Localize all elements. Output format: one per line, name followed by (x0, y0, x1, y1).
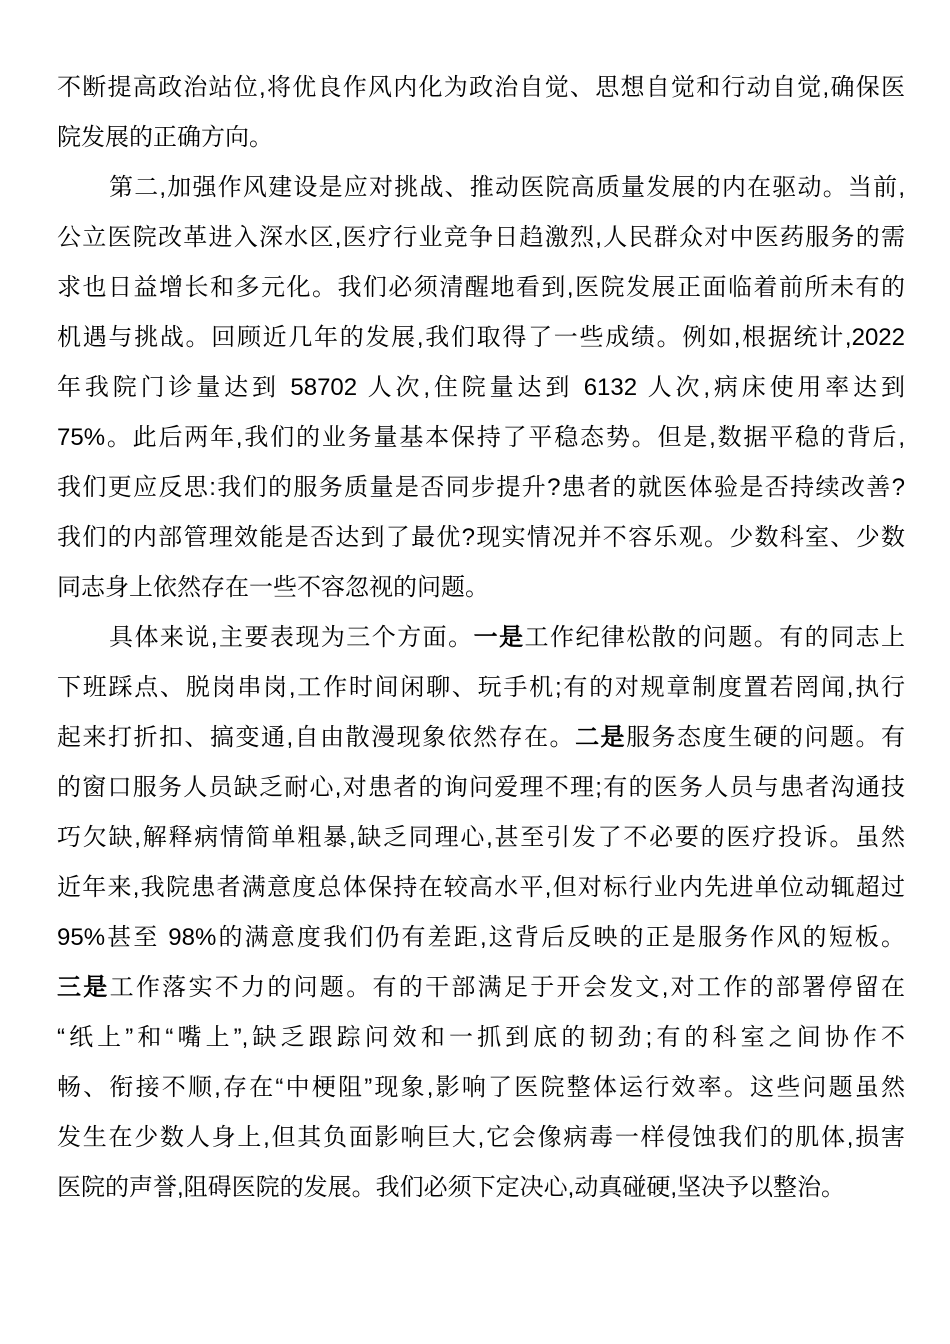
text-line: 畅、衔接不顺,存在“中梗阻”现象,影响了医院整体运行效率。这些问题虽然 (57, 1063, 905, 1113)
text-line: 起来打折扣、搞变通,自由散漫现象依然存在。二是服务态度生硬的问题。有 (57, 713, 905, 763)
bold-text-run: 一是 (474, 624, 525, 651)
text-run: 75%。此后两年,我们的业务量基本保持了平稳态势。但是,数据平稳的背后, (57, 424, 905, 451)
paragraph: 第二,加强作风建设是应对挑战、推动医院高质量发展的内在驱动。当前,公立医院改革进… (57, 163, 905, 613)
text-line: 不断提高政治站位,将优良作风内化为政治自觉、思想自觉和行动自觉,确保医 (57, 63, 905, 113)
text-run: 的窗口服务人员缺乏耐心,对患者的询问爱理不理;有的医务人员与患者沟通技 (57, 774, 905, 801)
text-run: 具体来说,主要表现为三个方面。 (109, 624, 474, 651)
text-line: 公立医院改革进入深水区,医疗行业竞争日趋激烈,人民群众对中医药服务的需 (57, 213, 905, 263)
text-run: 工作落实不力的问题。有的干部满足于开会发文,对工作的部署停留在 (110, 974, 905, 1001)
text-run: 院发展的正确方向。 (57, 124, 273, 151)
text-line: 同志身上依然存在一些不容忽视的问题。 (57, 563, 905, 613)
text-line: 我们更应反思:我们的服务质量是否同步提升?患者的就医体验是否持续改善? (57, 463, 905, 513)
text-run: 求也日益增长和多元化。我们必须清醒地看到,医院发展正面临着前所未有的 (57, 274, 905, 301)
text-line: 院发展的正确方向。 (57, 113, 905, 163)
text-line: 具体来说,主要表现为三个方面。一是工作纪律松散的问题。有的同志上 (57, 613, 905, 663)
document-page: 不断提高政治站位,将优良作风内化为政治自觉、思想自觉和行动自觉,确保医院发展的正… (0, 0, 950, 1344)
paragraph: 不断提高政治站位,将优良作风内化为政治自觉、思想自觉和行动自觉,确保医院发展的正… (57, 63, 905, 163)
text-run: 起来打折扣、搞变通,自由散漫现象依然存在。 (57, 724, 575, 751)
bold-text-run: 三是 (57, 974, 110, 1001)
text-line: 机遇与挑战。回顾近几年的发展,我们取得了一些成绩。例如,根据统计,2022 (57, 313, 905, 363)
text-run: 我们的内部管理效能是否达到了最优?现实情况并不容乐观。少数科室、少数 (57, 524, 905, 551)
text-run: 医院的声誉,阻碍医院的发展。我们必须下定决心,动真碰硬,坚决予以整治。 (57, 1174, 845, 1201)
text-run: 机遇与挑战。回顾近几年的发展,我们取得了一些成绩。例如,根据统计,2022 (57, 324, 905, 351)
text-run: 不断提高政治站位,将优良作风内化为政治自觉、思想自觉和行动自觉,确保医 (57, 74, 905, 101)
text-run: “纸上”和“嘴上”,缺乏跟踪问效和一抓到底的韧劲;有的科室之间协作不 (57, 1024, 905, 1051)
text-line: 求也日益增长和多元化。我们必须清醒地看到,医院发展正面临着前所未有的 (57, 263, 905, 313)
text-run: 95%甚至 98%的满意度我们仍有差距,这背后反映的正是服务作风的短板。 (57, 924, 905, 951)
text-line: 医院的声誉,阻碍医院的发展。我们必须下定决心,动真碰硬,坚决予以整治。 (57, 1163, 905, 1213)
document-body: 不断提高政治站位,将优良作风内化为政治自觉、思想自觉和行动自觉,确保医院发展的正… (0, 0, 950, 1213)
text-run: 下班踩点、脱岗串岗,工作时间闲聊、玩手机;有的对规章制度置若罔闻,执行 (57, 674, 905, 701)
text-run: 近年来,我院患者满意度总体保持在较高水平,但对标行业内先进单位动辄超过 (57, 874, 905, 901)
text-run: 公立医院改革进入深水区,医疗行业竞争日趋激烈,人民群众对中医药服务的需 (57, 224, 905, 251)
text-line: 75%。此后两年,我们的业务量基本保持了平稳态势。但是,数据平稳的背后, (57, 413, 905, 463)
text-line: “纸上”和“嘴上”,缺乏跟踪问效和一抓到底的韧劲;有的科室之间协作不 (57, 1013, 905, 1063)
text-run: 年我院门诊量达到 58702 人次,住院量达到 6132 人次,病床使用率达到 (57, 374, 905, 401)
text-line: 第二,加强作风建设是应对挑战、推动医院高质量发展的内在驱动。当前, (57, 163, 905, 213)
text-run: 畅、衔接不顺,存在“中梗阻”现象,影响了医院整体运行效率。这些问题虽然 (57, 1074, 905, 1101)
text-line: 我们的内部管理效能是否达到了最优?现实情况并不容乐观。少数科室、少数 (57, 513, 905, 563)
text-run: 巧欠缺,解释病情简单粗暴,缺乏同理心,甚至引发了不必要的医疗投诉。虽然 (57, 824, 905, 851)
text-run: 服务态度生硬的问题。有 (626, 724, 905, 751)
text-line: 下班踩点、脱岗串岗,工作时间闲聊、玩手机;有的对规章制度置若罔闻,执行 (57, 663, 905, 713)
text-line: 的窗口服务人员缺乏耐心,对患者的询问爱理不理;有的医务人员与患者沟通技 (57, 763, 905, 813)
text-run: 工作纪律松散的问题。有的同志上 (525, 624, 905, 651)
text-line: 近年来,我院患者满意度总体保持在较高水平,但对标行业内先进单位动辄超过 (57, 863, 905, 913)
text-run: 第二,加强作风建设是应对挑战、推动医院高质量发展的内在驱动。当前, (109, 174, 905, 201)
text-run: 我们更应反思:我们的服务质量是否同步提升?患者的就医体验是否持续改善? (57, 474, 905, 501)
text-line: 巧欠缺,解释病情简单粗暴,缺乏同理心,甚至引发了不必要的医疗投诉。虽然 (57, 813, 905, 863)
paragraph: 具体来说,主要表现为三个方面。一是工作纪律松散的问题。有的同志上下班踩点、脱岗串… (57, 613, 905, 1213)
bold-text-run: 二是 (575, 724, 626, 751)
text-line: 发生在少数人身上,但其负面影响巨大,它会像病毒一样侵蚀我们的肌体,损害 (57, 1113, 905, 1163)
text-line: 年我院门诊量达到 58702 人次,住院量达到 6132 人次,病床使用率达到 (57, 363, 905, 413)
text-line: 三是工作落实不力的问题。有的干部满足于开会发文,对工作的部署停留在 (57, 963, 905, 1013)
text-line: 95%甚至 98%的满意度我们仍有差距,这背后反映的正是服务作风的短板。 (57, 913, 905, 963)
text-run: 同志身上依然存在一些不容忽视的问题。 (57, 574, 489, 601)
text-run: 发生在少数人身上,但其负面影响巨大,它会像病毒一样侵蚀我们的肌体,损害 (57, 1124, 905, 1151)
